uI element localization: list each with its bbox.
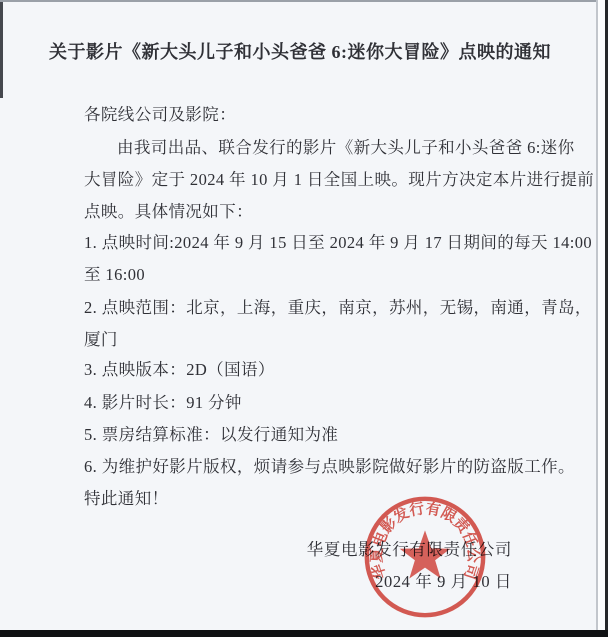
body-line-item-2-cont: 厦门 (84, 328, 534, 352)
scan-edge-right-gutter (598, 0, 605, 637)
body-line: 大冒险》定于 2024 年 10 月 1 日全国上映。现片方决定本片进行提前 (84, 168, 534, 192)
body-line-item-4: 4. 影片时长：91 分钟 (84, 391, 534, 415)
signature-date: 2024 年 9 月 10 日 (212, 570, 512, 594)
signature-company: 华夏电影发行有限责任公司 (212, 538, 512, 562)
body-line: 点映。具体情况如下： (84, 200, 534, 224)
body-line: 由我司出品、联合发行的影片《新大头儿子和小头爸爸 6:迷你 (84, 136, 567, 160)
scan-edge-bottom (0, 630, 608, 637)
notice-title: 关于影片《新大头儿子和小头爸爸 6:迷你大冒险》点映的通知 (0, 38, 600, 64)
body-line-item-2: 2. 点映范围：北京，上海，重庆，南京，苏州，无锡，南通，青岛， (84, 296, 534, 320)
body-line-item-1-cont: 至 16:00 (84, 263, 534, 287)
body-line-item-1: 1. 点映时间:2024 年 9 月 15 日至 2024 年 9 月 17 日… (84, 231, 534, 255)
body-line-item-3: 3. 点映版本：2D（国语） (84, 358, 534, 382)
closing-line: 特此通知！ (84, 487, 534, 511)
scanned-notice-page: 关于影片《新大头儿子和小头爸爸 6:迷你大冒险》点映的通知 各院线公司及影院： … (0, 0, 608, 637)
body-line-item-6: 6. 为维护好影片版权，烦请参与点映影院做好影片的防盗版工作。 (84, 455, 534, 479)
body-line-item-5: 5. 票房结算标准：以发行通知为准 (84, 423, 534, 447)
scan-edge-top (0, 0, 608, 2)
salutation-line: 各院线公司及影院： (84, 103, 534, 127)
